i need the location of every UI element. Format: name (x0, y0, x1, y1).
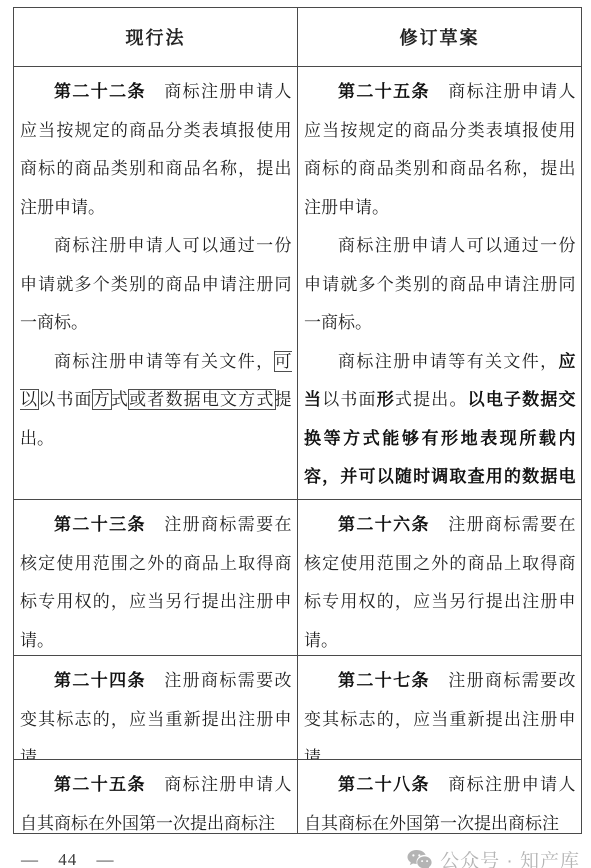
body-text: 注册商标需要在核定使用范围之外的商品上取得商标专用权的，应当另行提出注册申请。 (304, 515, 576, 650)
article-number: 第二十二条 (54, 82, 146, 101)
paragraph: 第二十八条 商标注册申请人自其商标在外国第一次提出商标注 (304, 766, 576, 833)
body-text: 式提出。 (395, 390, 468, 409)
article-number: 第二十五条 (54, 775, 146, 794)
paragraph: 商标注册申请等有关文件，可以以书面方式或者数据电文方式提出。 (20, 343, 292, 459)
header-row: 现行法 修订草案 (14, 8, 582, 67)
body-text: 注册商标需要在核定使用范围之外的商品上取得商标专用权的，应当另行提出注册申请。 (20, 515, 292, 650)
cell-current-law: 第二十四条 注册商标需要改变其标志的，应当重新提出注册申请。 (14, 656, 298, 760)
article-number: 第二十四条 (54, 671, 146, 690)
page-footer: — 44 — 公众号 · 知产库 (13, 846, 582, 868)
paragraph: 第二十五条 商标注册申请人自其商标在外国第一次提出商标注 (20, 766, 292, 833)
table-row: 第二十五条 商标注册申请人自其商标在外国第一次提出商标注第二十八条 商标注册申请… (14, 760, 582, 834)
column-header-current-law: 现行法 (14, 8, 298, 67)
body-text: 商标注册申请人可以通过一份申请就多个类别的商品申请注册同一商标。 (20, 236, 292, 332)
paragraph: 第二十二条 商标注册申请人应当按规定的商品分类表填报使用商标的商品类别和商品名称… (20, 73, 292, 227)
body-text: 商标注册申请人应当按规定的商品分类表填报使用商标的商品类别和商品名称，提出注册申… (20, 82, 292, 217)
paragraph: 第二十七条 注册商标需要改变其标志的，应当重新提出注册申请。 (304, 662, 576, 759)
document-page: 现行法 修订草案 第二十二条 商标注册申请人应当按规定的商品分类表填报使用商标的… (0, 0, 591, 868)
paragraph: 商标注册申请等有关文件，应当以书面形式提出。以电子数据交换等方式能够有形地表现所… (304, 343, 576, 500)
deleted-text-box: 或者数据电文方式 (128, 389, 275, 410)
deleted-text-box: 方 (92, 389, 112, 410)
table-body: 第二十二条 商标注册申请人应当按规定的商品分类表填报使用商标的商品类别和商品名称… (14, 67, 582, 834)
cell-revision-draft: 第二十六条 注册商标需要在核定使用范围之外的商品上取得商标专用权的，应当另行提出… (298, 500, 582, 656)
body-text: 商标注册申请等有关文件， (54, 352, 275, 371)
watermark: 公众号 · 知产库 (406, 846, 582, 868)
body-text: 以书面 (322, 390, 377, 409)
body-text: 以书面 (38, 390, 93, 409)
article-number: 第二十五条 (338, 82, 430, 101)
watermark-text: 公众号 · 知产库 (440, 846, 580, 868)
article-number: 第二十三条 (54, 515, 146, 534)
table-header: 现行法 修订草案 (14, 8, 582, 67)
body-text: 商标注册申请等有关文件， (338, 352, 559, 371)
table-row: 第二十四条 注册商标需要改变其标志的，应当重新提出注册申请。第二十七条 注册商标… (14, 656, 582, 760)
paragraph: 商标注册申请人可以通过一份申请就多个类别的商品申请注册同一商标。 (20, 227, 292, 343)
article-number: 第二十六条 (338, 515, 430, 534)
column-header-revision-draft: 修订草案 (298, 8, 582, 67)
paragraph: 商标注册申请人可以通过一份申请就多个类别的商品申请注册同一商标。 (304, 227, 576, 343)
cell-revision-draft: 第二十八条 商标注册申请人自其商标在外国第一次提出商标注 (298, 760, 582, 834)
paragraph: 第二十三条 注册商标需要在核定使用范围之外的商品上取得商标专用权的，应当另行提出… (20, 506, 292, 655)
body-text: 商标注册申请人可以通过一份申请就多个类别的商品申请注册同一商标。 (304, 236, 576, 332)
article-number: 第二十七条 (338, 671, 430, 690)
cell-current-law: 第二十五条 商标注册申请人自其商标在外国第一次提出商标注 (14, 760, 298, 834)
cell-revision-draft: 第二十五条 商标注册申请人应当按规定的商品分类表填报使用商标的商品类别和商品名称… (298, 67, 582, 500)
article-number: 第二十八条 (338, 775, 430, 794)
page-number: — 44 — (13, 850, 115, 868)
paragraph: 第二十六条 注册商标需要在核定使用范围之外的商品上取得商标专用权的，应当另行提出… (304, 506, 576, 655)
body-text: 商标注册申请人应当按规定的商品分类表填报使用商标的商品类别和商品名称，提出注册申… (304, 82, 576, 217)
cell-current-law: 第二十三条 注册商标需要在核定使用范围之外的商品上取得商标专用权的，应当另行提出… (14, 500, 298, 656)
cell-revision-draft: 第二十七条 注册商标需要改变其标志的，应当重新提出注册申请。 (298, 656, 582, 760)
paragraph: 第二十五条 商标注册申请人应当按规定的商品分类表填报使用商标的商品类别和商品名称… (304, 73, 576, 227)
amended-text: 形 (377, 390, 395, 409)
table-row: 第二十二条 商标注册申请人应当按规定的商品分类表填报使用商标的商品类别和商品名称… (14, 67, 582, 500)
wechat-icon (406, 849, 433, 868)
body-text: 式 (111, 390, 129, 409)
table-row: 第二十三条 注册商标需要在核定使用范围之外的商品上取得商标专用权的，应当另行提出… (14, 500, 582, 656)
paragraph: 第二十四条 注册商标需要改变其标志的，应当重新提出注册申请。 (20, 662, 292, 759)
law-comparison-table: 现行法 修订草案 第二十二条 商标注册申请人应当按规定的商品分类表填报使用商标的… (13, 7, 582, 834)
cell-current-law: 第二十二条 商标注册申请人应当按规定的商品分类表填报使用商标的商品类别和商品名称… (14, 67, 298, 500)
